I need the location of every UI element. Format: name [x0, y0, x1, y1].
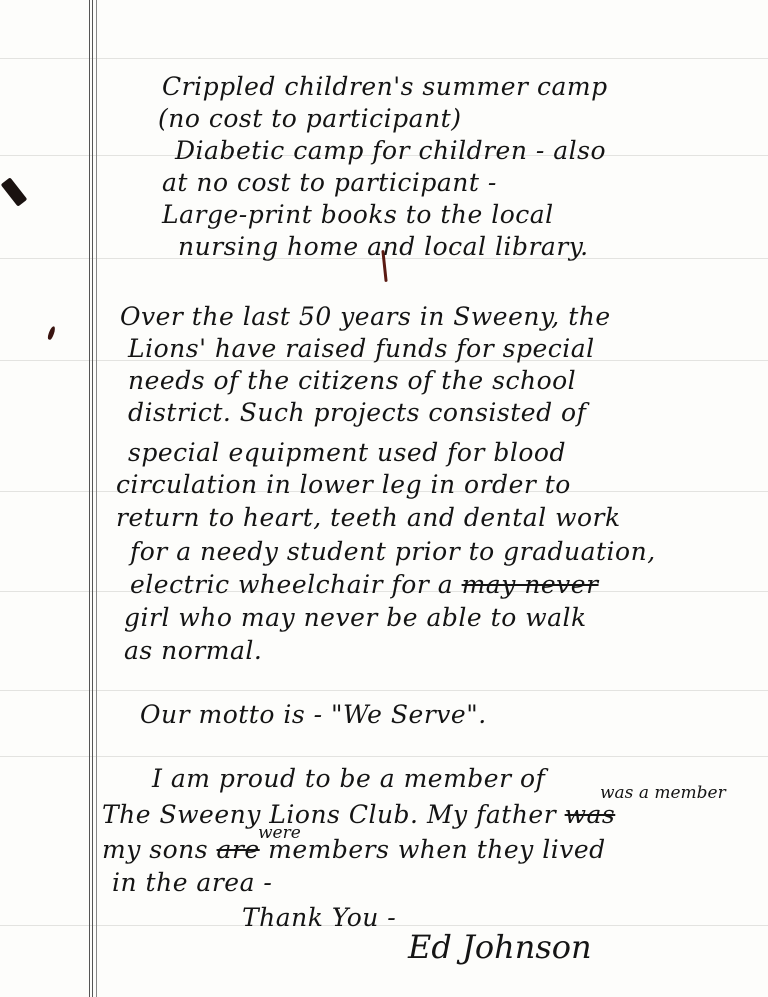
motto-line: Our motto is - "We Serve".	[140, 700, 487, 729]
margin-line	[96, 0, 97, 997]
paragraph-line: in the area -	[112, 868, 272, 897]
signature: Ed Johnson	[408, 928, 592, 966]
ruled-line	[0, 756, 768, 757]
list-item-line: at no cost to participant -	[162, 168, 497, 197]
list-item-line: (no cost to participant)	[158, 104, 461, 133]
paragraph-text: electric wheelchair for a	[130, 570, 453, 599]
insertion-text: was a member	[600, 783, 726, 803]
paragraph-line: return to heart, teeth and dental work	[116, 503, 621, 532]
paragraph-line: special equipment used for blood	[128, 438, 566, 467]
closing-line: Thank You -	[242, 903, 396, 932]
list-item-line: Large-print books to the local	[162, 200, 554, 229]
ruled-line	[0, 690, 768, 691]
paragraph-text: The Sweeny Lions Club. My father	[102, 800, 556, 829]
paragraph-line: circulation in lower leg in order to	[116, 470, 571, 499]
list-item-line: nursing home and local library.	[178, 232, 589, 261]
paragraph-text: my sons	[102, 835, 208, 864]
ink-blot	[1, 177, 28, 206]
paragraph-line: electric wheelchair for a may never	[130, 570, 599, 599]
list-item-line: Crippled children's summer camp	[162, 72, 608, 101]
margin-line	[89, 0, 90, 997]
paragraph-line: needs of the citizens of the school	[128, 366, 576, 395]
paragraph-line: district. Such projects consisted of	[128, 398, 586, 427]
paragraph-line: I am proud to be a member of	[152, 764, 545, 793]
paragraph-line: girl who may never be able to walk	[124, 603, 587, 632]
paragraph-text: members when they lived	[268, 835, 606, 864]
paragraph-line: The Sweeny Lions Club. My father was	[102, 800, 615, 829]
paragraph-line: Lions' have raised funds for special	[128, 334, 595, 363]
struck-text: may never	[462, 570, 599, 599]
paragraph-line: for a needy student prior to graduation,	[130, 537, 656, 566]
margin-line	[92, 0, 93, 997]
struck-text: was	[565, 800, 616, 829]
paragraph-line: as normal.	[124, 636, 262, 665]
letter-page: Crippled children's summer camp (no cost…	[0, 0, 768, 997]
ruled-line	[0, 58, 768, 59]
list-item-line: Diabetic camp for children - also	[175, 136, 606, 165]
paragraph-line: Over the last 50 years in Sweeny, the	[120, 302, 611, 331]
ink-blot	[47, 326, 56, 341]
paragraph-line: my sons are members when they lived	[102, 835, 606, 864]
struck-text: are	[217, 835, 260, 864]
